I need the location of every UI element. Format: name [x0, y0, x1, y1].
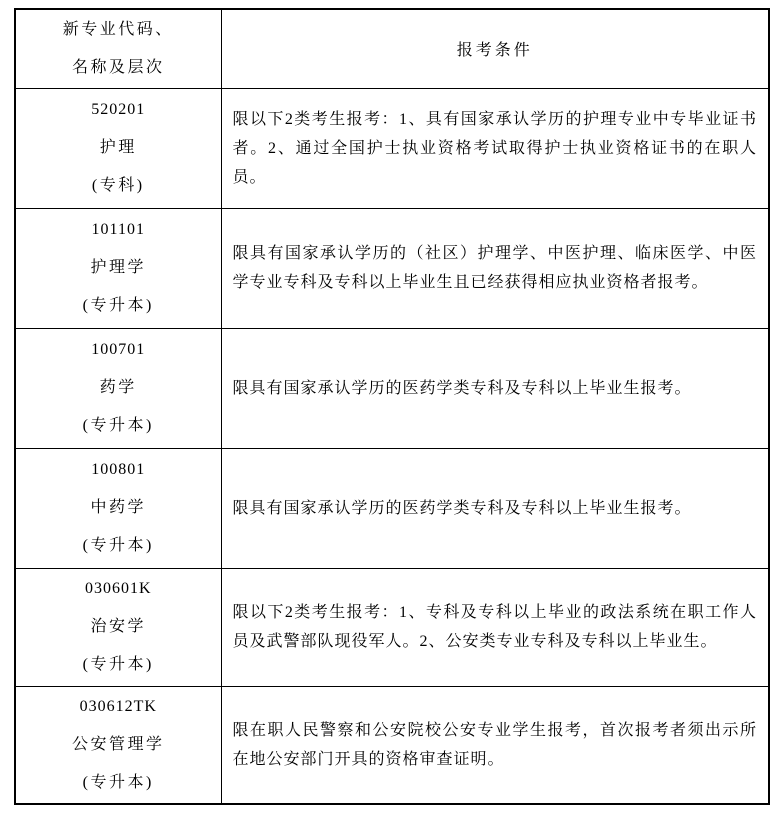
- major-code: 101101: [16, 211, 221, 249]
- spec-column-header: 新专业代码、 名称及层次: [15, 9, 221, 88]
- table-row-030601K: 030601K 治安学 (专升本) 限以下2类考生报考：1、专科及专科以上毕业的…: [15, 568, 769, 686]
- major-level: (专升本): [16, 646, 221, 684]
- major-name: 护理: [16, 129, 221, 167]
- condition-cell: 限在职人民警察和公安院校公安专业学生报考，首次报考者须出示所在地公安部门开具的资…: [221, 686, 769, 804]
- table-header-row: 新专业代码、 名称及层次 报考条件: [15, 9, 769, 88]
- spec-header-line2: 名称及层次: [16, 49, 221, 87]
- major-name: 治安学: [16, 608, 221, 646]
- major-code: 100801: [16, 451, 221, 489]
- major-name: 公安管理学: [16, 726, 221, 764]
- major-level: (专升本): [16, 764, 221, 802]
- major-name: 护理学: [16, 249, 221, 287]
- condition-text: 限具有国家承认学历的医药学类专科及专科以上毕业生报考。: [233, 374, 758, 403]
- document-page: 新专业代码、 名称及层次 报考条件 520201 护理 (专科) 限以下2类考生…: [0, 0, 782, 817]
- condition-cell: 限具有国家承认学历的医药学类专科及专科以上毕业生报考。: [221, 448, 769, 568]
- table-row-520201: 520201 护理 (专科) 限以下2类考生报考：1、具有国家承认学历的护理专业…: [15, 88, 769, 208]
- condition-cell: 限具有国家承认学历的医药学类专科及专科以上毕业生报考。: [221, 328, 769, 448]
- major-level: (专科): [16, 167, 221, 205]
- condition-cell: 限具有国家承认学历的（社区）护理学、中医护理、临床医学、中医学专业专科及专科以上…: [221, 208, 769, 328]
- table-row-100801: 100801 中药学 (专升本) 限具有国家承认学历的医药学类专科及专科以上毕业…: [15, 448, 769, 568]
- major-code: 520201: [16, 91, 221, 129]
- condition-text: 限以下2类考生报考：1、具有国家承认学历的护理专业中专毕业证书者。2、通过全国护…: [233, 105, 758, 192]
- admission-requirements-table: 新专业代码、 名称及层次 报考条件 520201 护理 (专科) 限以下2类考生…: [14, 8, 770, 805]
- condition-text: 限在职人民警察和公安院校公安专业学生报考，首次报考者须出示所在地公安部门开具的资…: [233, 716, 758, 774]
- conditions-column-header: 报考条件: [221, 9, 769, 88]
- table-row-100701: 100701 药学 (专升本) 限具有国家承认学历的医药学类专科及专科以上毕业生…: [15, 328, 769, 448]
- major-name: 中药学: [16, 489, 221, 527]
- spec-header-line1: 新专业代码、: [16, 11, 221, 49]
- spec-cell: 520201 护理 (专科): [15, 88, 221, 208]
- spec-cell: 100701 药学 (专升本): [15, 328, 221, 448]
- condition-text: 限具有国家承认学历的医药学类专科及专科以上毕业生报考。: [233, 494, 758, 523]
- major-code: 030601K: [16, 570, 221, 608]
- major-level: (专升本): [16, 527, 221, 565]
- major-name: 药学: [16, 369, 221, 407]
- table-row-030612TK: 030612TK 公安管理学 (专升本) 限在职人民警察和公安院校公安专业学生报…: [15, 686, 769, 804]
- major-level: (专升本): [16, 407, 221, 445]
- spec-cell: 030601K 治安学 (专升本): [15, 568, 221, 686]
- table-row-101101: 101101 护理学 (专升本) 限具有国家承认学历的（社区）护理学、中医护理、…: [15, 208, 769, 328]
- major-code: 100701: [16, 331, 221, 369]
- major-level: (专升本): [16, 287, 221, 325]
- spec-cell: 101101 护理学 (专升本): [15, 208, 221, 328]
- conditions-header-label: 报考条件: [233, 37, 758, 60]
- condition-cell: 限以下2类考生报考：1、具有国家承认学历的护理专业中专毕业证书者。2、通过全国护…: [221, 88, 769, 208]
- condition-text: 限以下2类考生报考：1、专科及专科以上毕业的政法系统在职工作人员及武警部队现役军…: [233, 598, 758, 656]
- spec-cell: 100801 中药学 (专升本): [15, 448, 221, 568]
- condition-cell: 限以下2类考生报考：1、专科及专科以上毕业的政法系统在职工作人员及武警部队现役军…: [221, 568, 769, 686]
- condition-text: 限具有国家承认学历的（社区）护理学、中医护理、临床医学、中医学专业专科及专科以上…: [233, 239, 758, 297]
- major-code: 030612TK: [16, 688, 221, 726]
- spec-cell: 030612TK 公安管理学 (专升本): [15, 686, 221, 804]
